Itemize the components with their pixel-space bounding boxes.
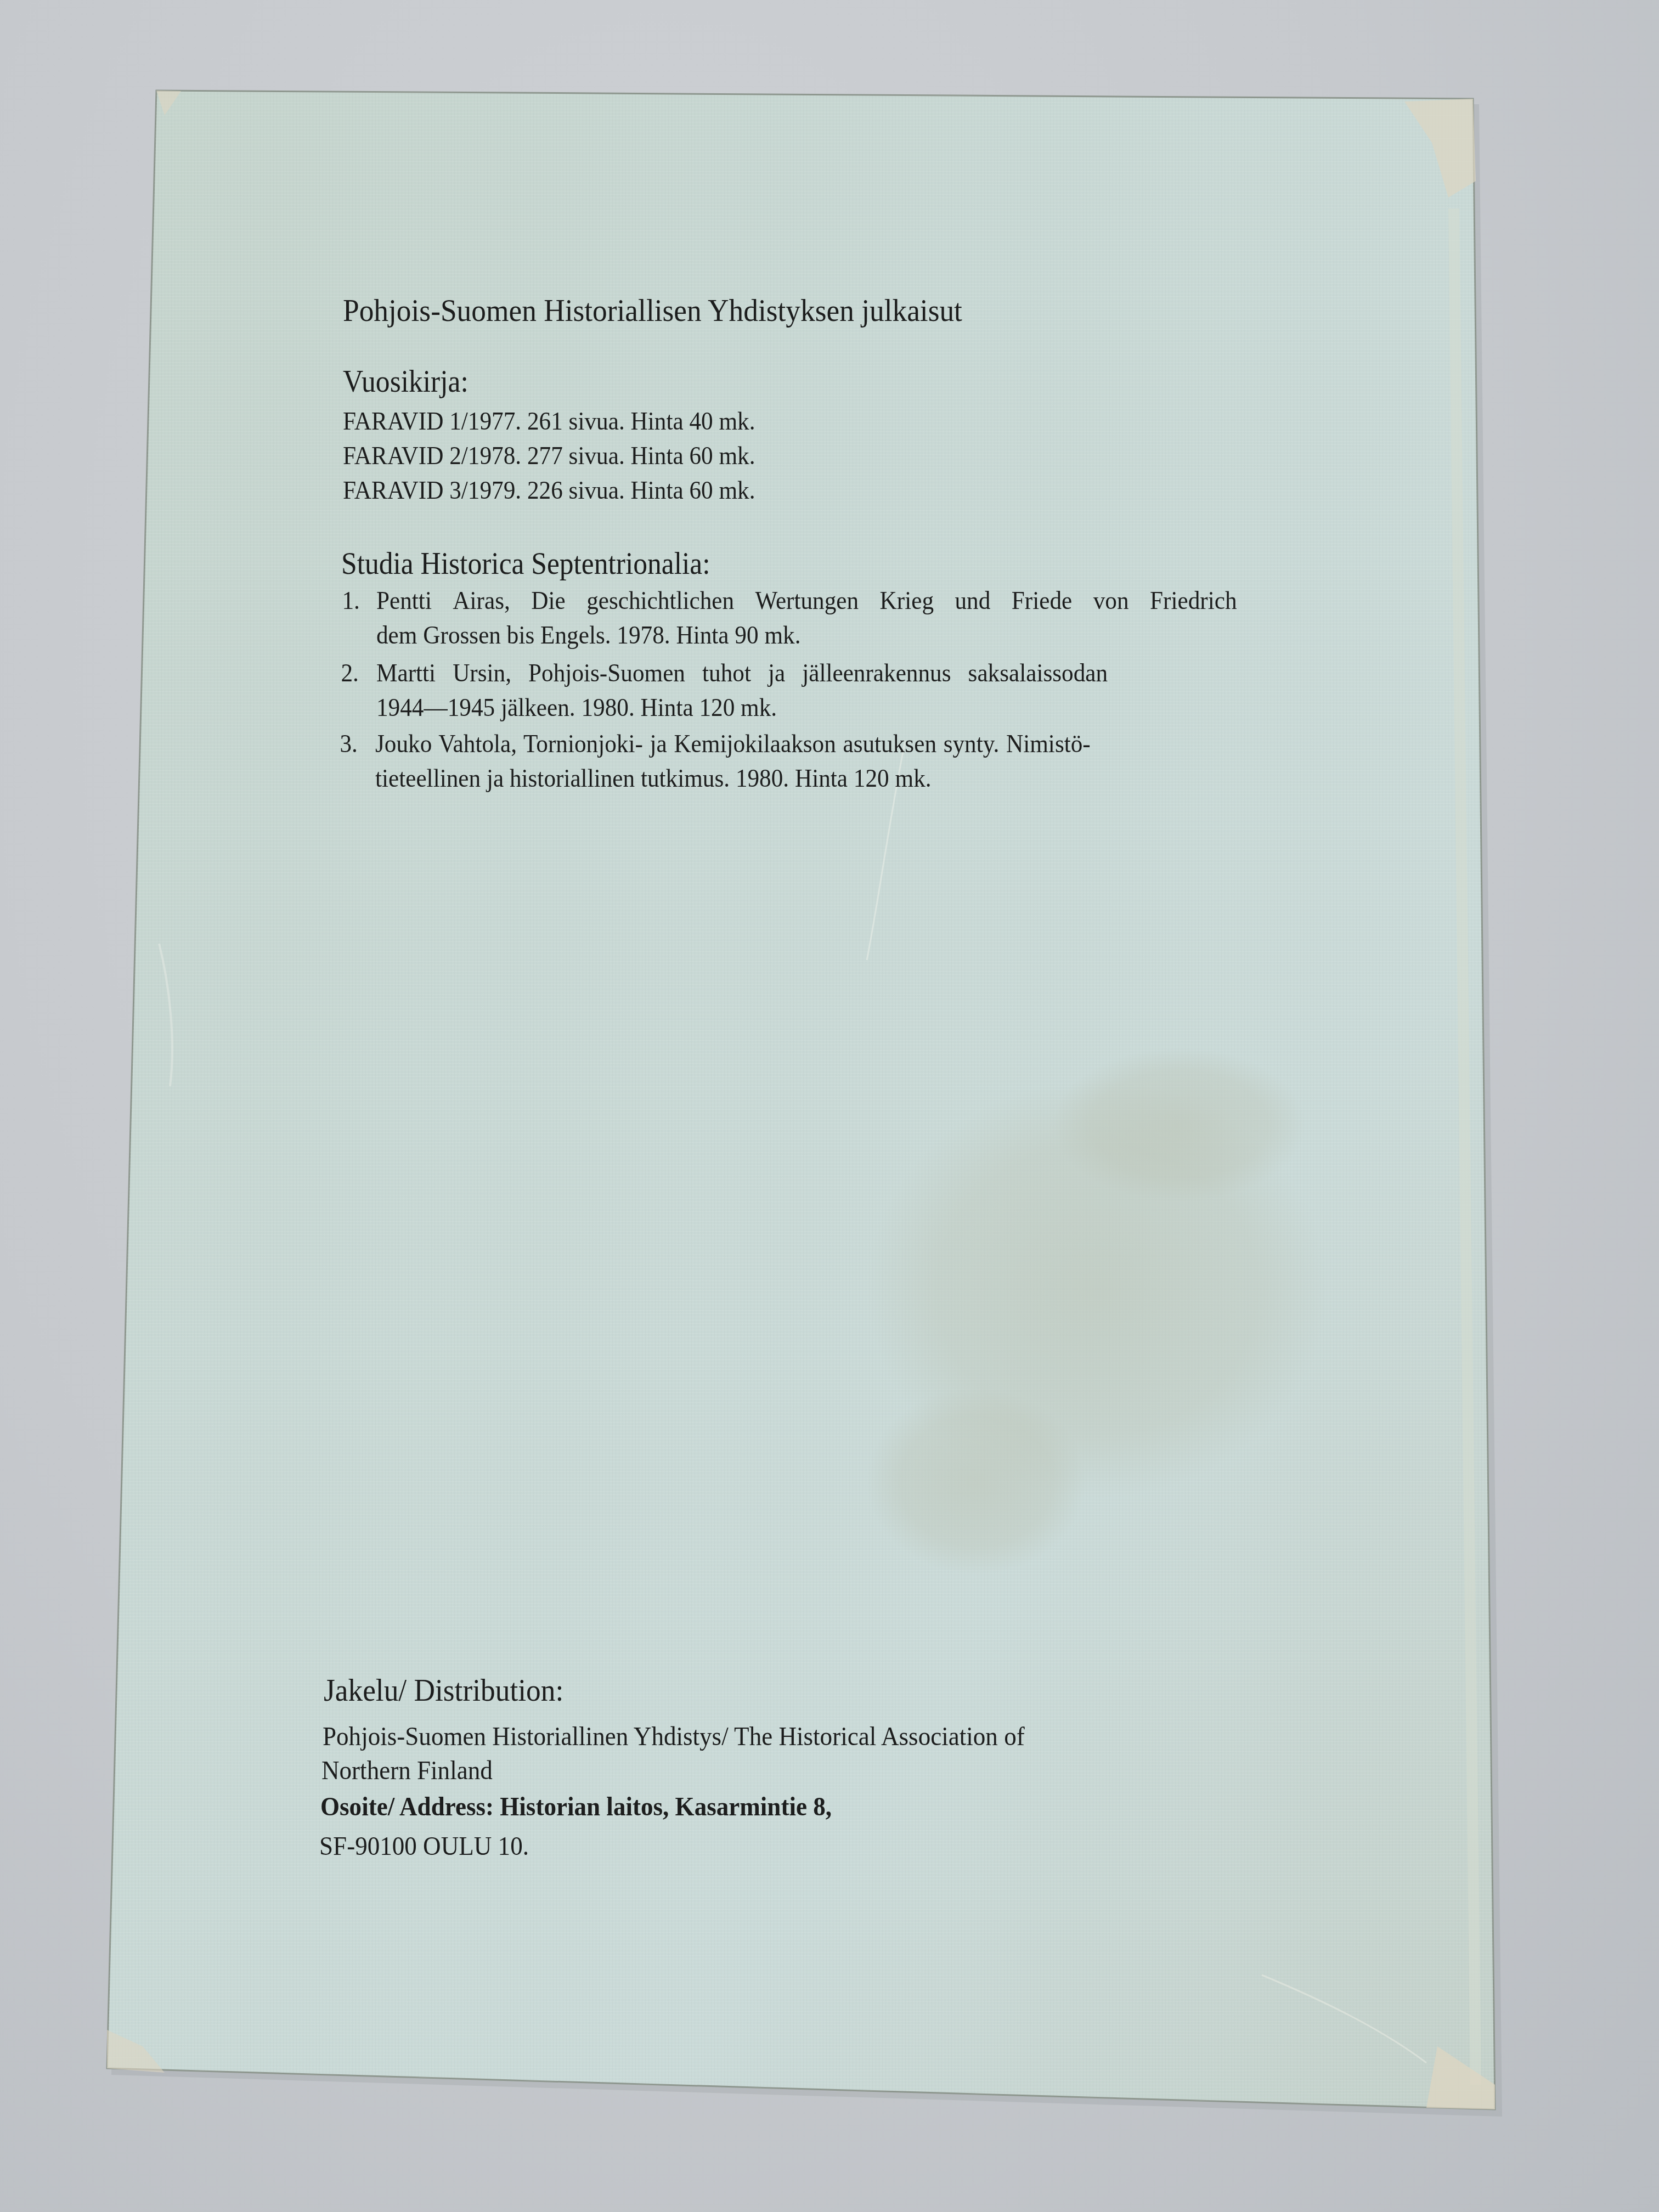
word: von (1093, 588, 1129, 614)
yearbook-item: FARAVID 3/1979. 226 sivua. Hinta 60 mk. (343, 478, 755, 504)
series-item-number: 2. (341, 661, 358, 686)
word: Pentti (376, 588, 432, 614)
series-item-number: 3. (340, 731, 357, 757)
word: Friede (1012, 588, 1072, 614)
series-item-line: tieteellinen ja historiallinen tutkimus.… (375, 766, 932, 792)
series-item-line: Martti Ursin, Pohjois-Suomen tuhot ja jä… (376, 661, 1108, 686)
series-item-line: dem Grossen bis Engels. 1978. Hinta 90 m… (376, 623, 800, 648)
postal-line: SF-90100 OULU 10. (319, 1832, 529, 1859)
yearbook-label: Vuosikirja: (343, 366, 469, 397)
yearbook-item: FARAVID 2/1978. 277 sivua. Hinta 60 mk. (343, 443, 755, 469)
word: und (955, 588, 990, 614)
series-item-line: PenttiAiras,DiegeschichtlichenWertungenK… (376, 588, 1237, 614)
distribution-label: Jakelu/ Distribution: (324, 1674, 563, 1706)
word: Friedrich (1150, 588, 1237, 614)
distribution-line: Northern Finland (321, 1757, 493, 1784)
series-item-number: 1. (342, 588, 359, 614)
word: Airas, (453, 588, 510, 614)
word: Krieg (880, 588, 934, 614)
series-item-line: 1944—1945 jälkeen. 1980. Hinta 120 mk. (376, 695, 777, 721)
word: Die (531, 588, 565, 614)
distribution-line: Pohjois-Suomen Historiallinen Yhdistys/ … (323, 1723, 1025, 1750)
address-line: Osoite/ Address: Historian laitos, Kasar… (320, 1793, 832, 1820)
series-label: Studia Historica Septentrionalia: (341, 549, 710, 579)
cover-text: Pohjois-Suomen Historiallisen Yhdistykse… (0, 0, 1659, 2212)
yearbook-item: FARAVID 1/1977. 261 sivua. Hinta 40 mk. (343, 409, 755, 435)
series-item-line: Jouko Vahtola, Tornionjoki- ja Kemijokil… (375, 731, 1091, 757)
publications-heading: Pohjois-Suomen Historiallisen Yhdistykse… (343, 295, 962, 326)
word: Wertungen (755, 588, 859, 614)
word: geschichtlichen (586, 588, 734, 614)
